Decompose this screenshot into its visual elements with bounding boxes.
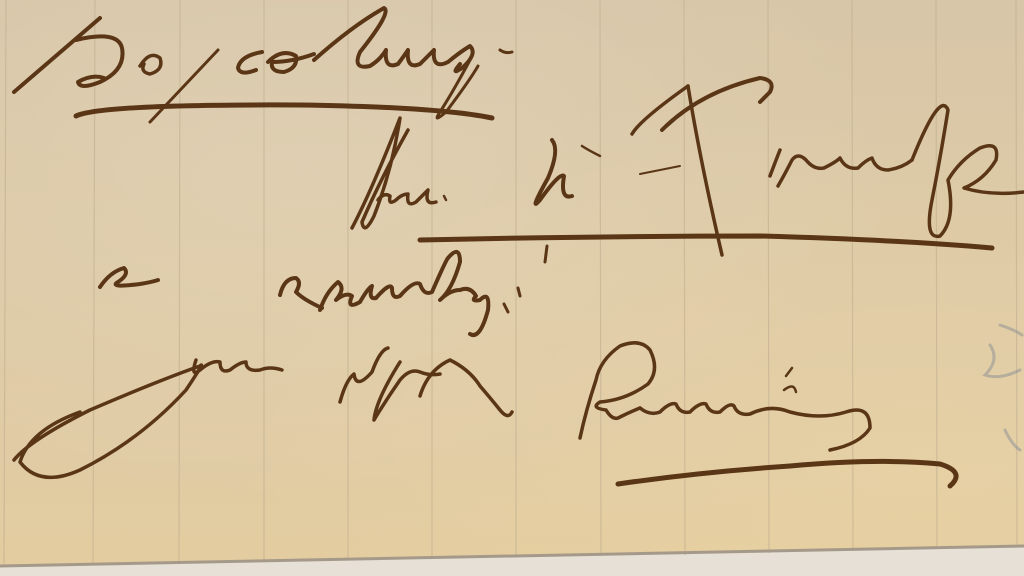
line-signature xyxy=(14,343,956,486)
line-rivederci xyxy=(100,246,547,335)
line-boscolungo xyxy=(14,8,512,122)
handwriting xyxy=(0,0,1024,576)
